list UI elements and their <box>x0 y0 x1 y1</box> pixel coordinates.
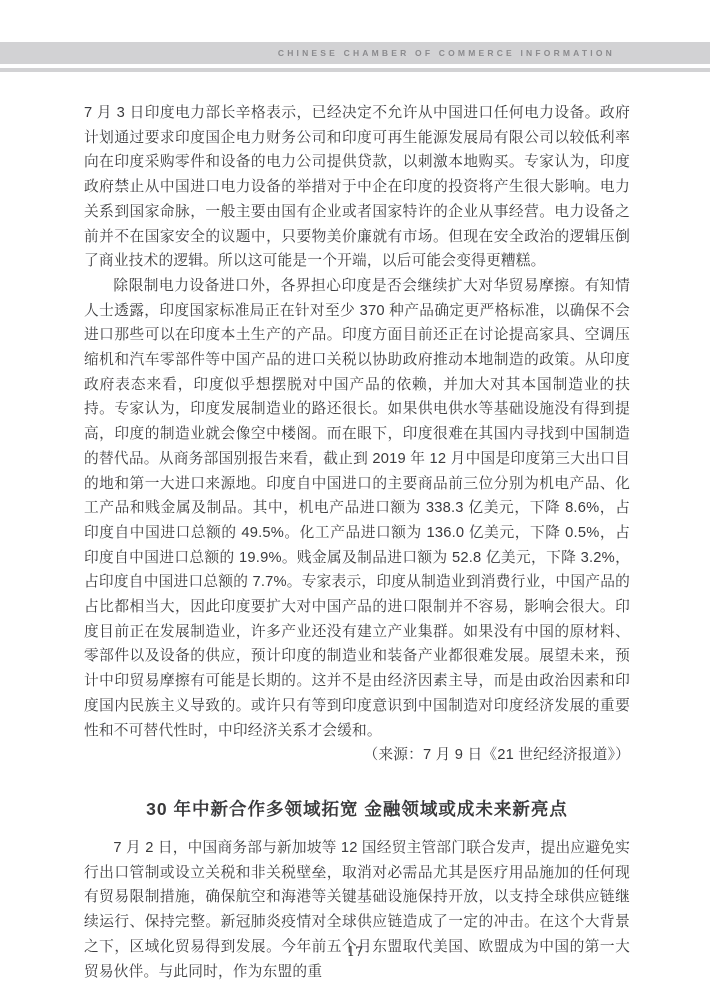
paragraph-china-singapore-cooperation: 7 月 2 日，中国商务部与新加坡等 12 国经贸主管部门联合发声，提出应避免实… <box>84 836 630 984</box>
document-page: CHINESE CHAMBER OF COMMERCE INFORMATION … <box>0 0 710 994</box>
page-number: 17 <box>0 945 710 960</box>
header-rule-divider <box>0 68 710 72</box>
paragraph-india-power-import-ban: 7 月 3 日印度电力部长辛格表示，已经决定不允许从中国进口任何电力设备。政府计… <box>84 101 630 274</box>
paragraph-india-trade-friction: 除限制电力设备进口外，各界担心印度是否会继续扩大对华贸易摩擦。有知情人士透露，印… <box>84 274 630 743</box>
source-citation: （来源：7 月 9 日《21 世纪经济报道》） <box>84 743 630 768</box>
header-banner: CHINESE CHAMBER OF COMMERCE INFORMATION <box>0 42 710 64</box>
header-banner-title: CHINESE CHAMBER OF COMMERCE INFORMATION <box>278 48 615 58</box>
section-heading-china-singapore: 30 年中新合作多领域拓宽 金融领域或成未来新亮点 <box>84 797 630 821</box>
article-body: 7 月 3 日印度电力部长辛格表示，已经决定不允许从中国进口任何电力设备。政府计… <box>84 101 630 984</box>
